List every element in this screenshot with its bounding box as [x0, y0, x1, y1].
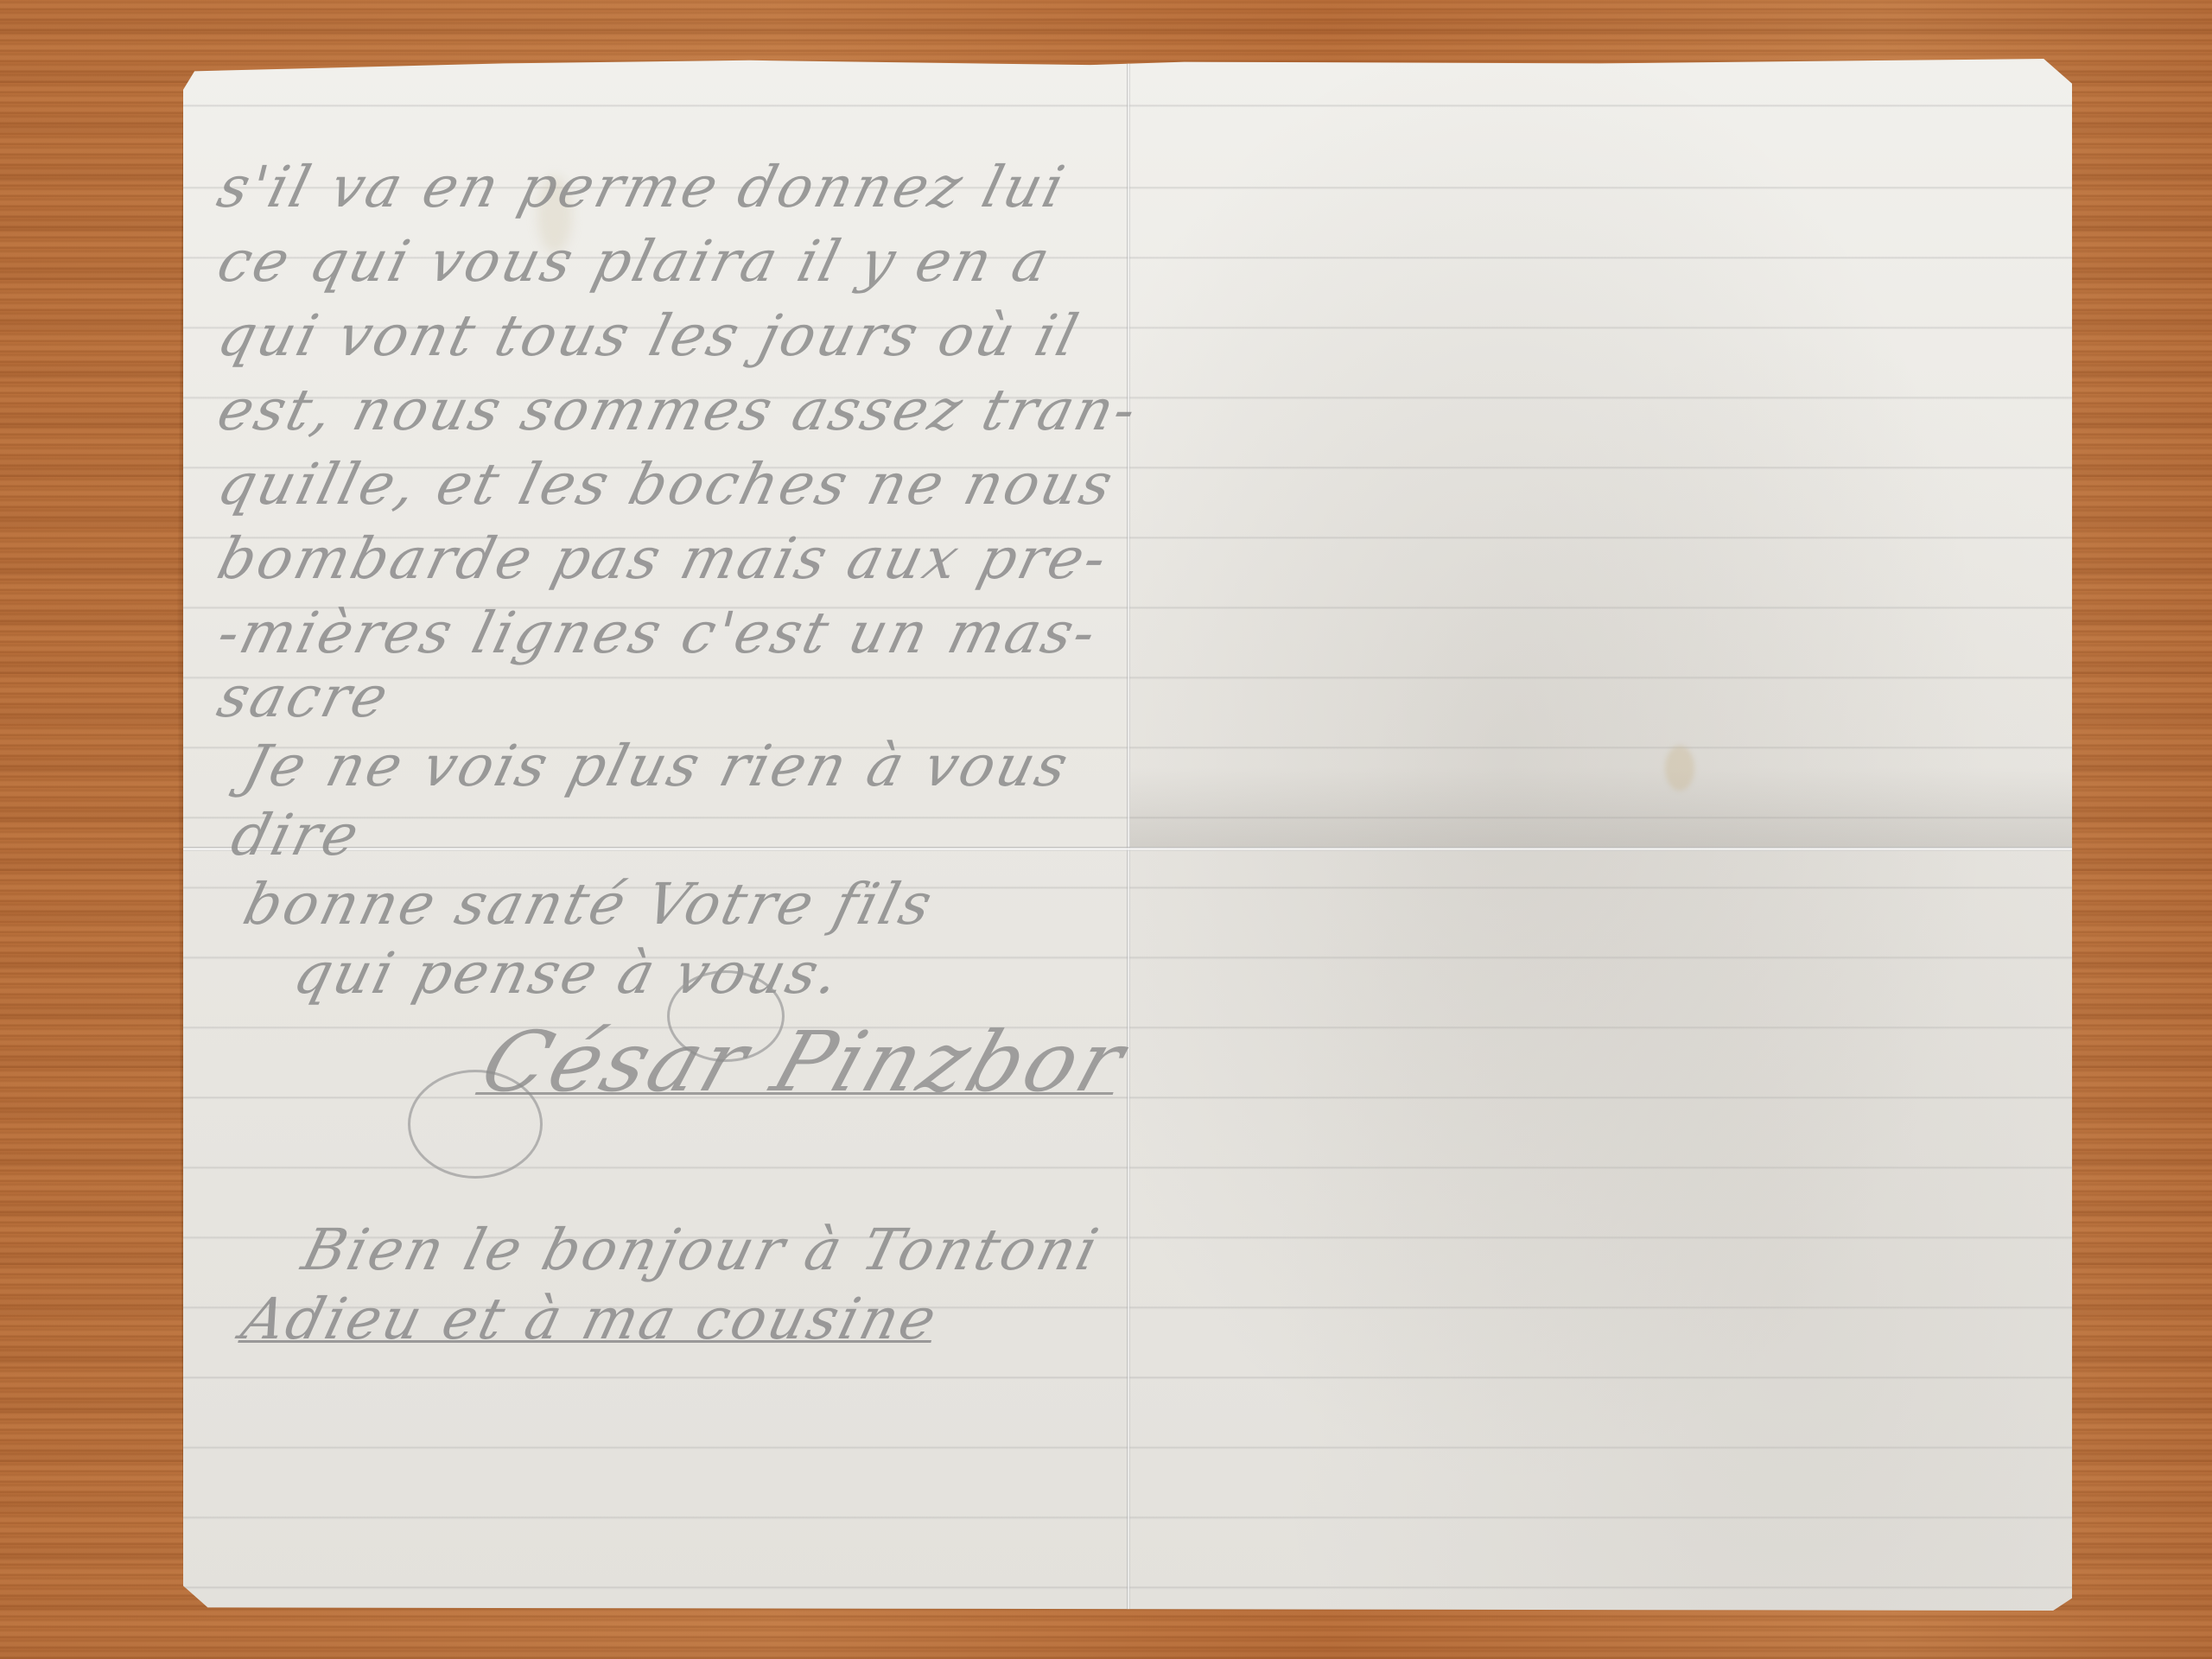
- letter-sheet: s'il va en perme donnez lui ce qui vous …: [183, 59, 2072, 1611]
- signature-text: César Pinzbor: [470, 1014, 1139, 1110]
- letter-line: -mières lignes c'est un mas-: [211, 600, 1104, 666]
- letter-line: bonne santé Votre fils: [237, 871, 940, 938]
- letter-line: qui vont tous les jours où il: [211, 302, 1086, 369]
- letter-line: s'il va en perme donnez lui: [211, 154, 1073, 220]
- letter-line: dire: [225, 802, 367, 868]
- letter-line: bombarde pas mais aux pre-: [211, 525, 1116, 592]
- letter-line: ce qui vous plaira il y en a: [211, 228, 1058, 295]
- letter-line: sacre: [211, 664, 397, 730]
- postscript-line: Bien le bonjour à Tontoni: [296, 1217, 1107, 1283]
- signature: César Pinzbor: [408, 988, 1013, 1152]
- letter-line: Je ne vois plus rien à vous: [237, 733, 1077, 799]
- right-page-blank: [1130, 59, 2072, 1611]
- postscript-line: Adieu et à ma cousine: [235, 1286, 944, 1352]
- letter-line: est, nous sommes assez tran-: [211, 377, 1145, 443]
- letter-line: quille, et les boches ne nous: [211, 451, 1121, 518]
